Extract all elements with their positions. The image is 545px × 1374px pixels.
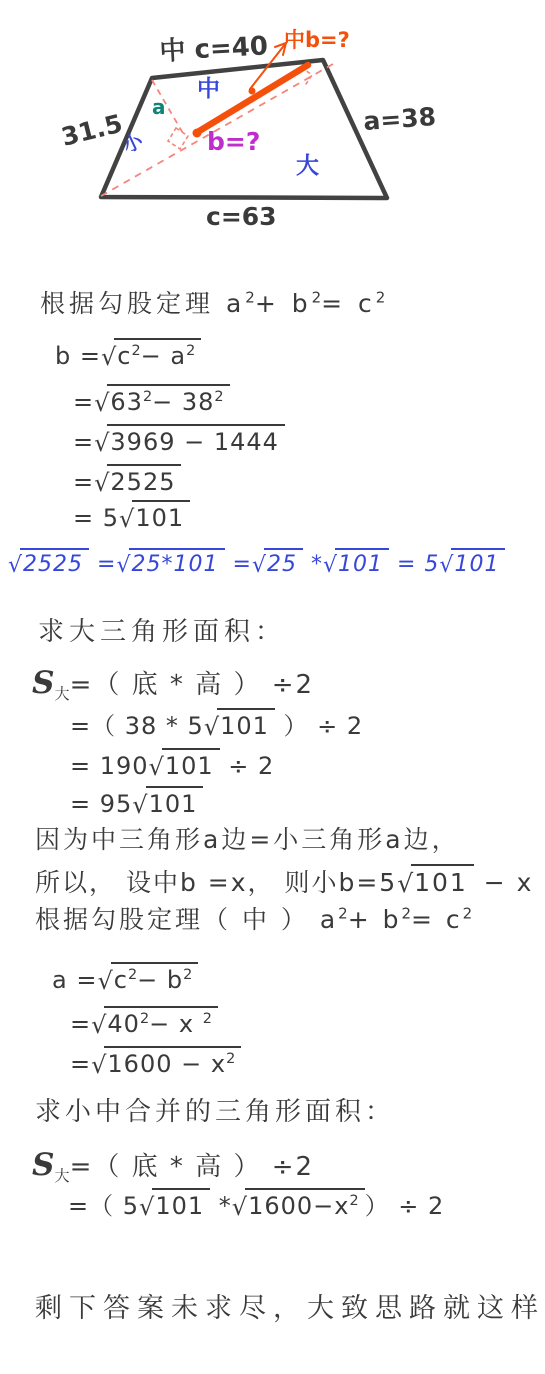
math-line: 根据勾股定理（ 中 ） a2+ b2= c2 — [35, 904, 472, 935]
sqrt-radical: √402− x 2 — [91, 1006, 218, 1039]
sqrt-radical: √101 — [149, 748, 220, 781]
sqrt-radical: √2525 — [8, 548, 89, 579]
math-line: 根据勾股定理 a2+ b2= c2 — [40, 288, 385, 319]
math-line: √2525 =√25*101 =√25 *√101 = 5√101 — [8, 548, 505, 579]
sqrt-radical: √101 — [139, 1188, 210, 1221]
sqrt-radical: √c2− b2 — [97, 962, 198, 995]
sqrt-radical: √1600 − x2 — [91, 1046, 241, 1079]
sqrt-radical: √25 — [252, 548, 303, 579]
sqrt-radical: √101 — [439, 548, 505, 579]
math-line: =√2525 — [73, 464, 181, 497]
math-line: =√3969 − 1444 — [73, 424, 285, 457]
sqrt-radical: √101 — [204, 708, 275, 741]
math-line: =√1600 − x2 — [70, 1046, 241, 1079]
sqrt-radical: √25*101 — [116, 548, 224, 579]
math-line: 所以， 设中b =x， 则小b=5√101 − x — [35, 864, 533, 898]
math-line: a =√c2− b2 — [52, 962, 198, 995]
math-line: =（ 38 * 5√101 ） ÷ 2 — [70, 708, 363, 741]
math-line: 求大三角形面积： — [38, 616, 286, 649]
math-line: 求小中合并的三角形面积： — [35, 1096, 395, 1129]
math-line: =√402− x 2 — [70, 1006, 218, 1039]
notebook-page: { "palette": { "ink": "#3a3a3a", "outlin… — [0, 0, 545, 1374]
math-line: =（ 5√101 *√1600−x2） ÷ 2 — [68, 1188, 444, 1221]
math-line: = 5√101 — [73, 500, 190, 533]
sqrt-radical: √101 — [397, 864, 474, 898]
sqrt-radical: √101 — [323, 548, 389, 579]
sqrt-radical: √3969 − 1444 — [94, 424, 285, 457]
sqrt-radical: √101 — [119, 500, 190, 533]
sqrt-radical: √c2− a2 — [101, 338, 201, 371]
math-line: b =√c2− a2 — [55, 338, 201, 371]
math-line: S大=（ 底 * 高 ） ÷2 — [32, 1146, 314, 1186]
sqrt-radical: √101 — [132, 786, 203, 819]
math-line: S大=（ 底 * 高 ） ÷2 — [32, 664, 314, 704]
sqrt-radical: √2525 — [94, 464, 181, 497]
sqrt-radical: √632− 382 — [94, 384, 229, 417]
handwritten-worksheet: 根据勾股定理 a2+ b2= c2b =√c2− a2=√632− 382=√3… — [0, 0, 545, 1374]
math-line: =√632− 382 — [73, 384, 230, 417]
math-line: 因为中三角形a边=小三角形a边， — [35, 824, 460, 855]
sqrt-radical: √1600−x2 — [232, 1188, 365, 1221]
math-line: = 95√101 — [70, 786, 203, 819]
math-line: = 190√101 ÷ 2 — [70, 748, 274, 781]
math-line: 剩下答案未求尽，大致思路就这样 — [35, 1292, 545, 1326]
